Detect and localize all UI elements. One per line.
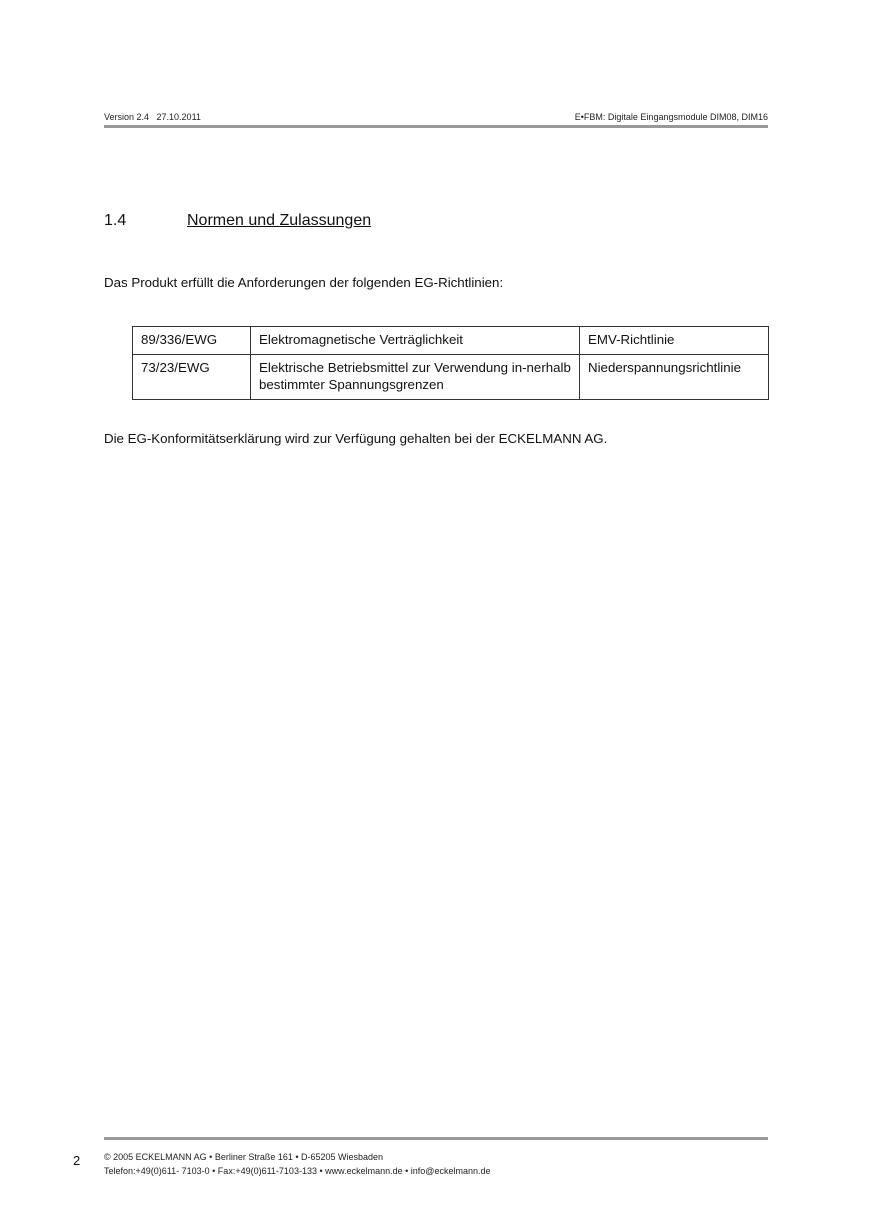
- table-row: 89/336/EWG Elektromagnetische Verträglic…: [133, 327, 769, 355]
- directive-code: 73/23/EWG: [133, 355, 251, 400]
- directive-name: EMV-Richtlinie: [580, 327, 769, 355]
- intro-paragraph: Das Produkt erfüllt die Anforderungen de…: [104, 275, 503, 290]
- page-number: 2: [73, 1153, 80, 1168]
- page-footer: © 2005 ECKELMANN AG • Berliner Straße 16…: [104, 1150, 490, 1178]
- directive-code: 89/336/EWG: [133, 327, 251, 355]
- conformity-paragraph: Die EG-Konformitätserklärung wird zur Ve…: [104, 431, 607, 446]
- header-version: Version 2.4 27.10.2011: [104, 112, 201, 122]
- directive-description: Elektrische Betriebsmittel zur Verwendun…: [251, 355, 580, 400]
- section-title: Normen und Zulassungen: [187, 212, 371, 230]
- header-title: E•FBM: Digitale Eingangsmodule DIM08, DI…: [575, 112, 768, 122]
- footer-address: © 2005 ECKELMANN AG • Berliner Straße 16…: [104, 1150, 490, 1164]
- footer-rule: [104, 1137, 768, 1140]
- directives-table: 89/336/EWG Elektromagnetische Verträglic…: [132, 326, 769, 400]
- footer-contact: Telefon:+49(0)611- 7103-0 • Fax:+49(0)61…: [104, 1164, 490, 1178]
- directive-description: Elektromagnetische Verträglichkeit: [251, 327, 580, 355]
- directive-name: Niederspannungsrichtlinie: [580, 355, 769, 400]
- header-rule: [104, 125, 768, 128]
- table-row: 73/23/EWG Elektrische Betriebsmittel zur…: [133, 355, 769, 400]
- section-number: 1.4: [104, 212, 126, 230]
